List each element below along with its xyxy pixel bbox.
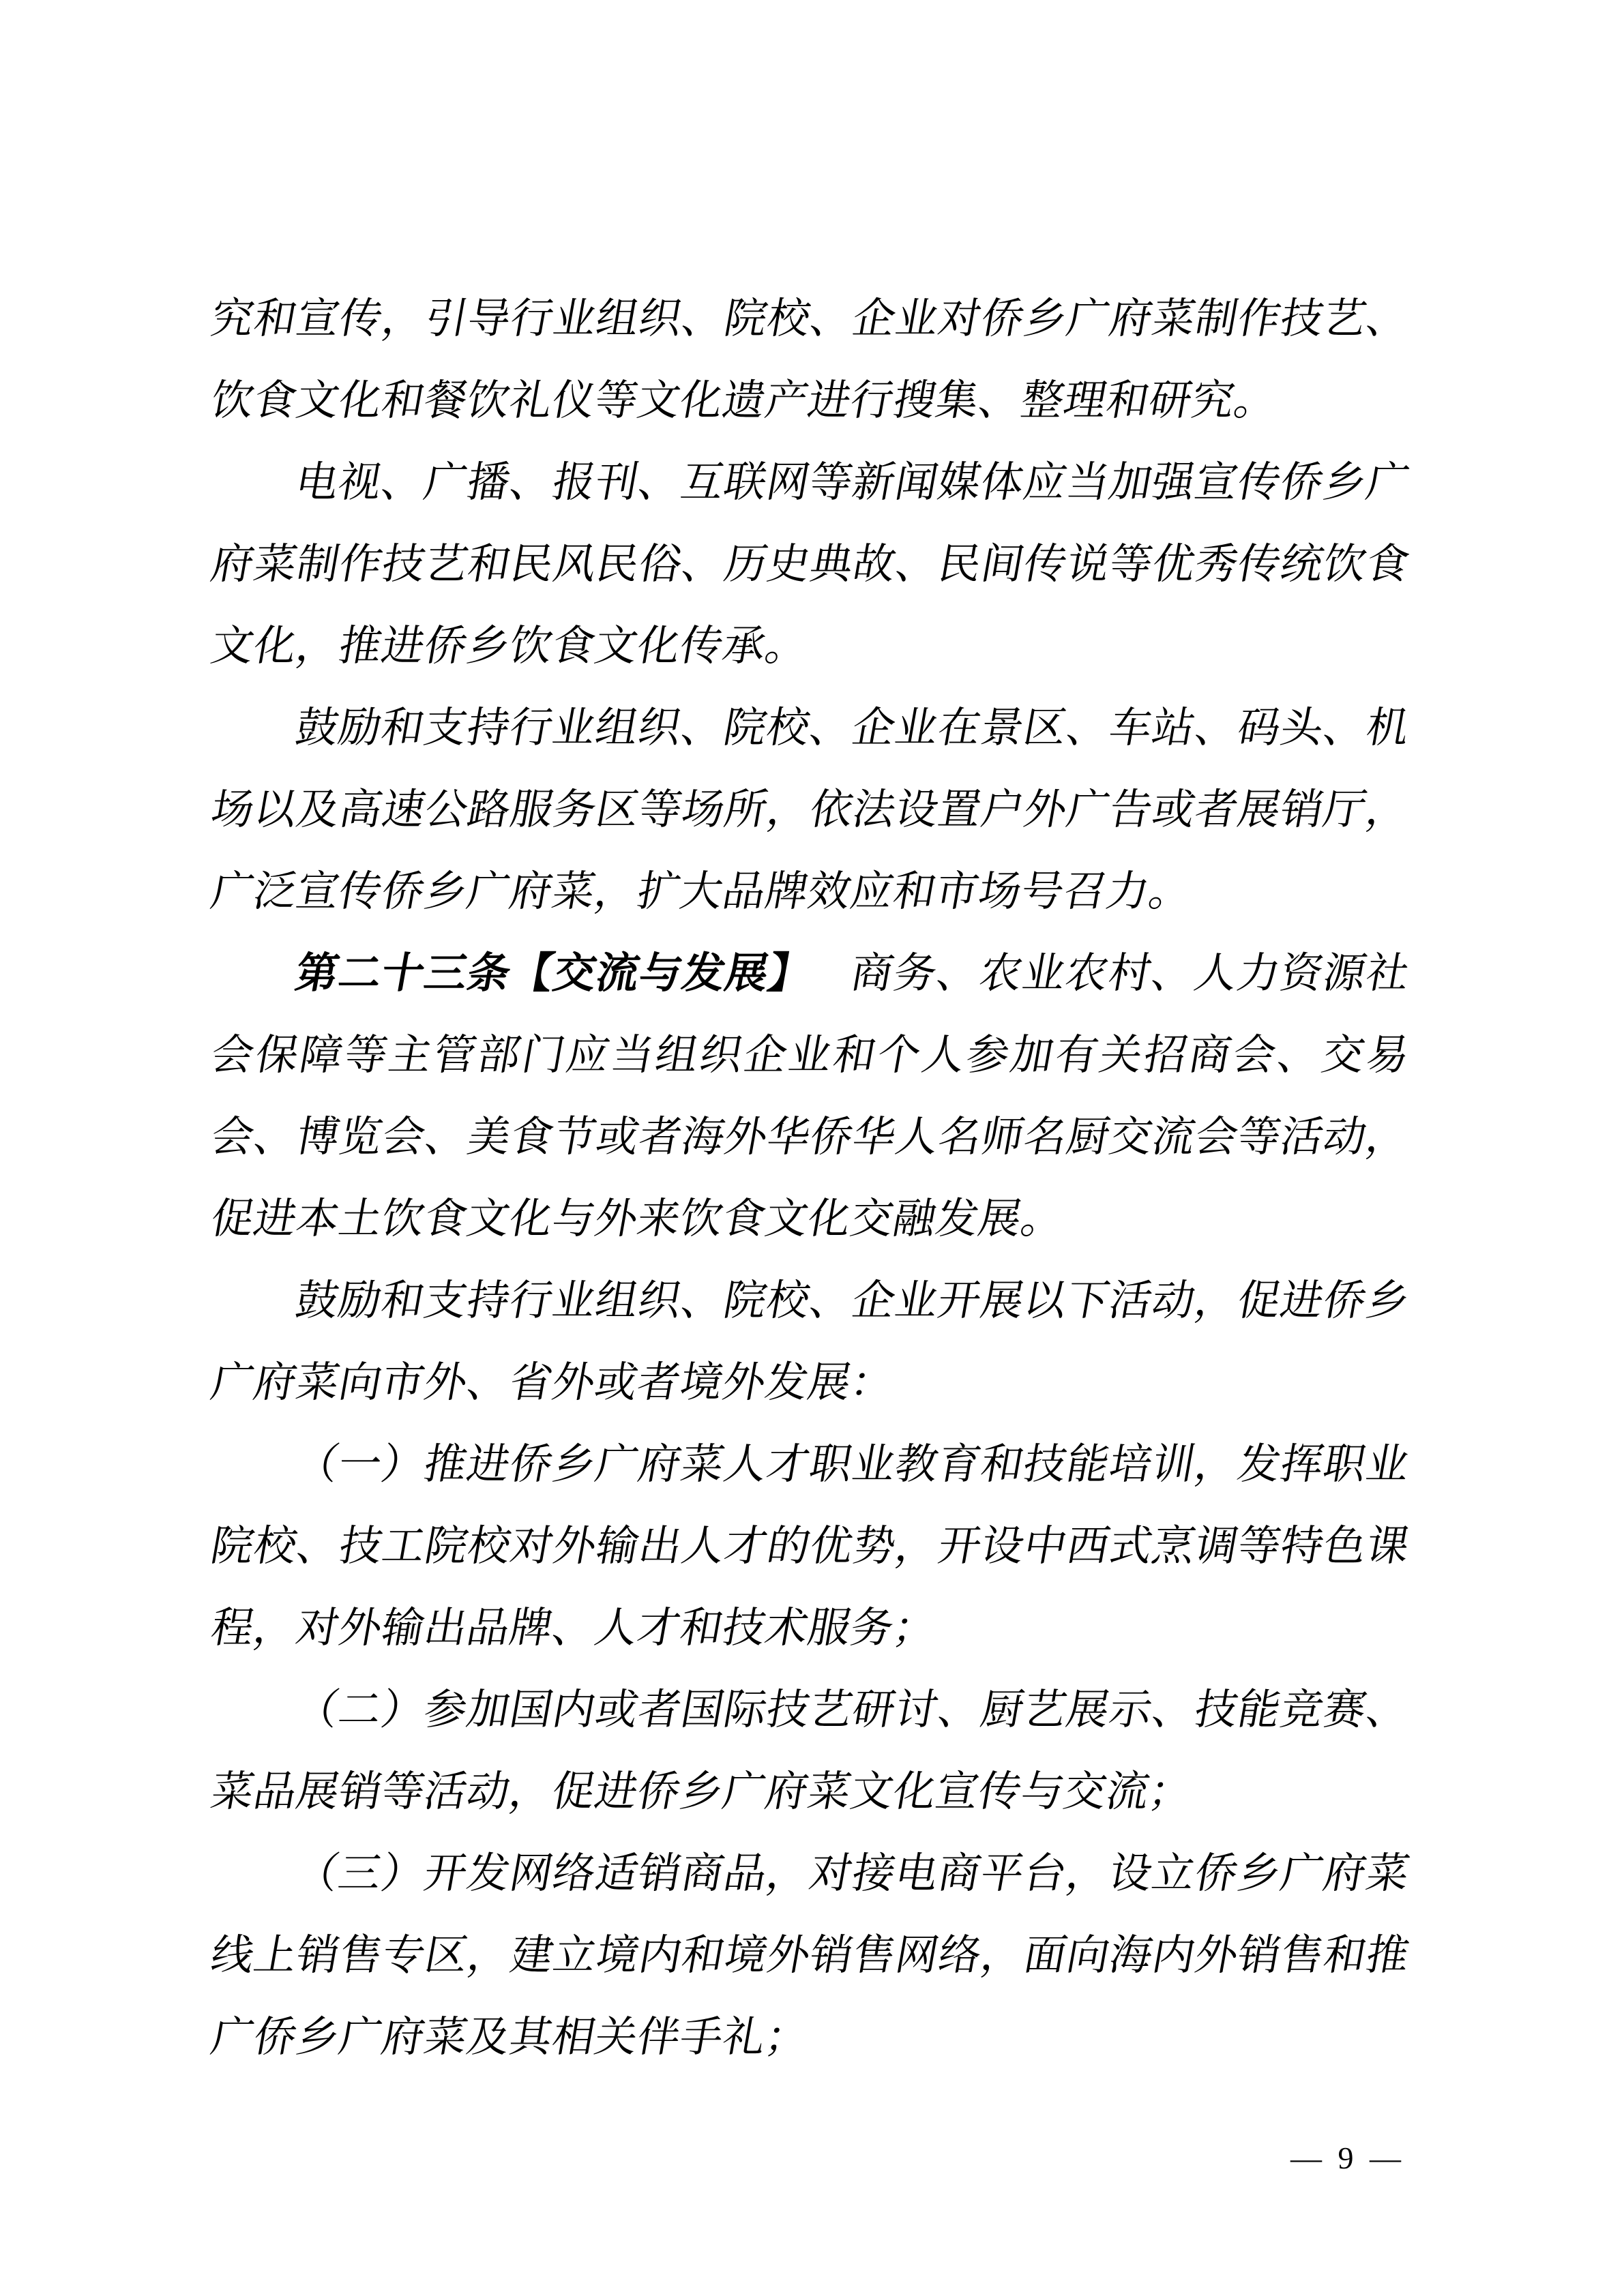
text-line: 文化，推进侨乡饮食文化传承。: [204, 606, 1416, 687]
list-item-2-line: （二）参加国内或者国际技艺研讨、厨艺展示、技能竞赛、: [204, 1669, 1416, 1751]
text-line: 院校、技工院校对外输出人才的优势，开设中西式烹调等特色课: [204, 1506, 1416, 1587]
text-line: 鼓励和支持行业组织、院校、企业在景区、车站、码头、机: [204, 687, 1416, 769]
text-line: 促进本土饮食文化与外来饮食文化交融发展。: [204, 1178, 1416, 1260]
list-item-3-line: （三）开发网络适销商品，对接电商平台，设立侨乡广府菜: [204, 1833, 1416, 1915]
document-page: 究和宣传，引导行业组织、院校、企业对侨乡广府菜制作技艺、 饮食文化和餐饮礼仪等文…: [0, 0, 1624, 2296]
text-line: 电视、广播、报刊、互联网等新闻媒体应当加强宣传侨乡广: [204, 442, 1416, 524]
article-number-label: 第二十三条【交流与发展】: [292, 951, 816, 997]
text-line: 会保障等主管部门应当组织企业和个人参加有关招商会、交易: [204, 1015, 1416, 1097]
text-line: 场以及高速公路服务区等场所，依法设置户外广告或者展销厅，: [204, 769, 1416, 851]
text-line: 府菜制作技艺和民风民俗、历史典故、民间传说等优秀传统饮食: [204, 524, 1416, 606]
page-number: — 9 —: [1269, 2134, 1427, 2182]
text-line: 鼓励和支持行业组织、院校、企业开展以下活动，促进侨乡: [204, 1260, 1416, 1342]
text-line: 广府菜向市外、省外或者境外发展：: [204, 1342, 1416, 1424]
text-line: 菜品展销等活动，促进侨乡广府菜文化宣传与交流；: [204, 1751, 1416, 1833]
article-lead-text: 商务、农业农村、人力资源社: [847, 951, 1413, 997]
text-line: 广侨乡广府菜及其相关伴手礼；: [204, 1997, 1416, 2078]
article-23-heading-line: 第二十三条【交流与发展】商务、农业农村、人力资源社: [204, 933, 1416, 1015]
text-line: 究和宣传，引导行业组织、院校、企业对侨乡广府菜制作技艺、: [204, 278, 1416, 360]
text-line: 会、博览会、美食节或者海外华侨华人名师名厨交流会等活动，: [204, 1097, 1416, 1178]
text-line: 饮食文化和餐饮礼仪等文化遗产进行搜集、整理和研究。: [204, 360, 1416, 442]
list-item-1-line: （一）推进侨乡广府菜人才职业教育和技能培训，发挥职业: [204, 1424, 1416, 1506]
document-body: 究和宣传，引导行业组织、院校、企业对侨乡广府菜制作技艺、 饮食文化和餐饮礼仪等文…: [211, 278, 1409, 2078]
text-line: 广泛宣传侨乡广府菜，扩大品牌效应和市场号召力。: [204, 851, 1416, 933]
text-line: 程，对外输出品牌、人才和技术服务；: [204, 1587, 1416, 1669]
text-line: 线上销售专区，建立境内和境外销售网络，面向海内外销售和推: [204, 1915, 1416, 1997]
